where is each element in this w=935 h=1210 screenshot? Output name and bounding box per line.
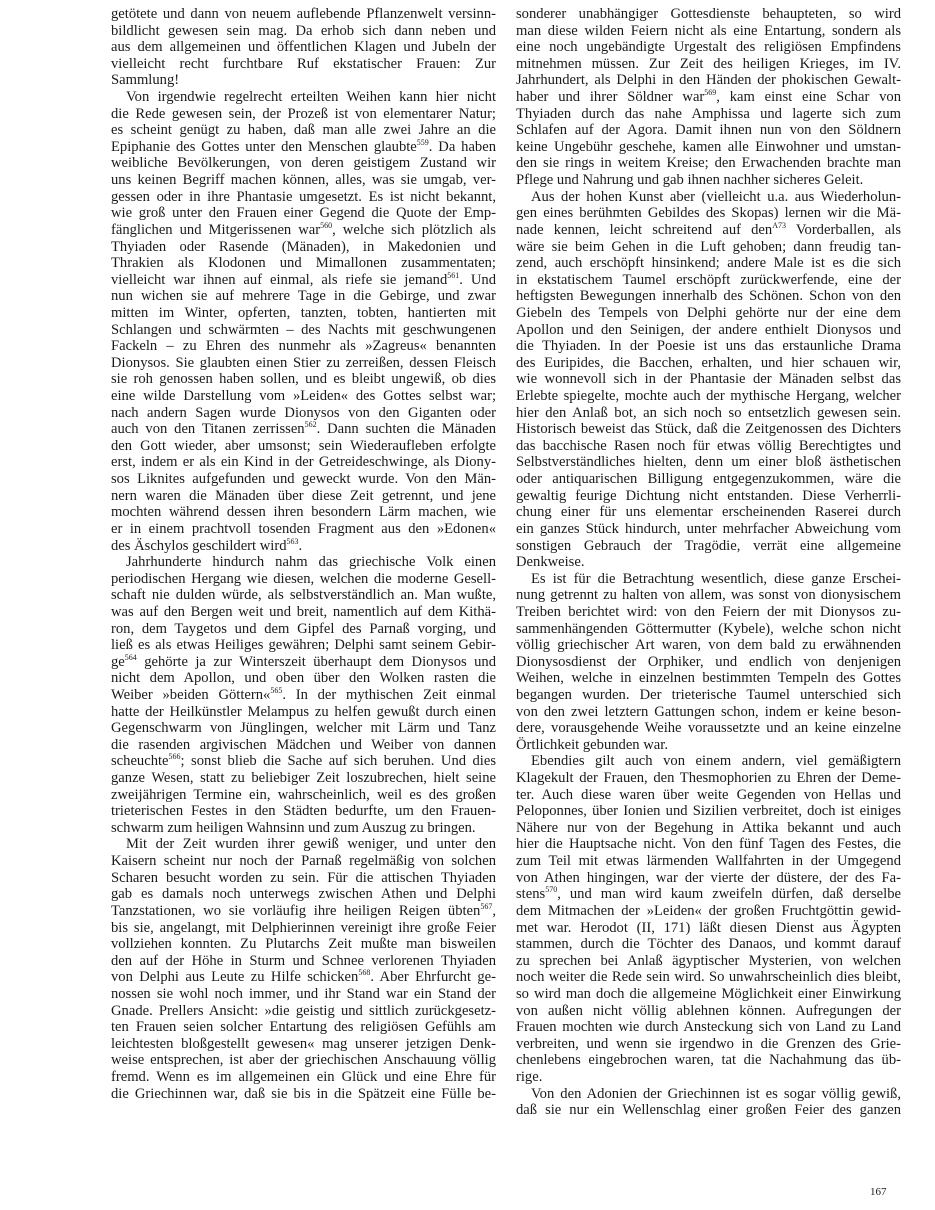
line-text: völlig griechischer Art waren, von dem b… (516, 637, 901, 653)
text-line: Sammlung! (111, 72, 496, 89)
line-text: Fackeln – zu Ehren des nunmehr als »Zagr… (111, 338, 496, 354)
line-text: von Delphi aus Leute zu Hilfe schicken (111, 969, 358, 985)
footnote-marker: A73 (772, 221, 786, 230)
text-line: er in einem prachtvoll tosenden Fragment… (111, 521, 496, 538)
text-line: so wird man doch die allgemeine Möglichk… (516, 986, 901, 1003)
line-text: hatte der Heilkünstler Melampus zu helfe… (111, 704, 496, 720)
text-line: bildlicht gewesen sein mag. Da erhob sic… (111, 23, 496, 40)
line-text: fremd. Wenn es im allgemeinen ein Glück … (111, 1069, 496, 1085)
text-line: heftigsten Bewegungen innerhalb des Schö… (516, 288, 901, 305)
line-text-continued: . Da haben (429, 139, 496, 155)
footnote-marker: 561 (447, 271, 459, 280)
line-text-continued: , und man wird kaum zweifeln dürfen, daß… (557, 886, 901, 902)
text-line: Örtlichkeit gebunden war. (516, 737, 901, 754)
text-line: zweijährigen Termine ein, wahrscheinlich… (111, 787, 496, 804)
text-line: Tanzstationen, wo sie vorläufig ihre hei… (111, 903, 496, 920)
line-text: Von irgendwie regelrecht erteilten Weihe… (126, 89, 496, 105)
line-text: gen eines berühmten Gebildes des Skopas)… (516, 205, 901, 221)
line-text: Nähere nur von der Begehung in Attika be… (516, 820, 901, 836)
text-line: sonstigen Gebrauch der Tragödie, verrät … (516, 538, 901, 555)
line-text: den auf der Höhe in Sturm und Schnee ver… (111, 953, 496, 969)
line-text: Dionysosdienst der Orphiker, und endlich… (516, 654, 901, 670)
line-text-continued: gehörte ja zur Winterszeit überhaupt dem… (137, 654, 496, 670)
text-line: ter. Auch diese waren über weite Gegende… (516, 787, 901, 804)
line-text: von Athen hingingen, war der vierte der … (516, 870, 901, 886)
line-text: vielleicht war ihnen auf einmal, als rie… (111, 272, 447, 288)
text-line: die rasenden argivischen Mädchen und Wei… (111, 737, 496, 754)
text-line: wie groß unter den Frauen einer Gegend d… (111, 205, 496, 222)
text-line: keine Ungebühr geschehe, kamen alle Einw… (516, 139, 901, 156)
text-line: rige. (516, 1069, 901, 1086)
line-text: so wird man doch die allgemeine Möglichk… (516, 986, 901, 1002)
line-text: Örtlichkeit gebunden war. (516, 737, 668, 753)
line-text: Epiphanie des Gottes unter den Menschen … (111, 139, 417, 155)
line-text: Weiber »beiden Göttern« (111, 687, 270, 703)
line-text: Treiben berichtet wird: von den Feiern d… (516, 604, 901, 620)
text-line: haber und ihrer Söldner war569, kam eins… (516, 89, 901, 106)
text-line: chenlebens eingebrochen waren, tat die N… (516, 1052, 901, 1069)
text-line: den Gott wieder, aber umsonst; sein Wied… (111, 438, 496, 455)
line-text: met war. Herodot (II, 171) läßt diesen D… (516, 920, 901, 936)
line-text: Erlebte spiegelte, mochte auch der mythi… (516, 388, 901, 404)
line-text: vielleicht recht furchtbare Ruf ekstatis… (111, 56, 496, 72)
page-number: 167 (870, 1186, 887, 1198)
line-text: ter. Auch diese waren über weite Gegende… (516, 787, 901, 803)
text-line: ron, dem Taygetos und dem Gipfel des Par… (111, 621, 496, 638)
text-line: sie roh genossen haben sollen, und es bl… (111, 371, 496, 388)
line-text: ließ es als etwas Heiliges gewähren; Del… (111, 637, 496, 653)
line-text: oder antiquarischen Billigung entgegenzu… (516, 471, 901, 487)
text-line: nade kennen, leicht schreitend auf denA7… (516, 222, 901, 239)
line-text: bildlicht gewesen sein mag. Da erhob sic… (111, 23, 496, 39)
text-line: Treiben berichtet wird: von den Feiern d… (516, 604, 901, 621)
footnote-marker: 569 (704, 88, 716, 97)
line-text: nach andern Sagen wurde Dionysos von den… (111, 405, 496, 421)
text-line: Peloponnes, über Ionien und Sizilien ver… (516, 803, 901, 820)
line-text: Thyiaden durch das nahe Amphissa und lag… (516, 106, 901, 122)
right-text-column: sonderer unabhängiger Gottesdienste beha… (516, 6, 901, 1119)
text-line: völlig griechischer Art waren, von dem b… (516, 637, 901, 654)
text-line: fänglichen und Mitgerissenen war560, wel… (111, 222, 496, 239)
line-text: Apollon und den Seinigen, der andere ent… (516, 322, 901, 338)
line-text: wie wonnevoll sich in der Phantasie der … (516, 371, 901, 387)
text-line: Denkweise. (516, 554, 901, 571)
text-line: fremd. Wenn es im allgemeinen ein Glück … (111, 1069, 496, 1086)
text-line: Kaisern scheint nur noch der Parnaß rege… (111, 853, 496, 870)
paragraph-start-line: Es ist für die Betrachtung wesentlich, d… (516, 571, 901, 588)
line-text: Jahrhundert, als Delphi in den Händen de… (516, 72, 901, 88)
line-text: sos Liknites aufgefunden und geweckt wur… (111, 471, 496, 487)
paragraph-start-line: Von den Adonien der Griechinnen ist es s… (516, 1086, 901, 1103)
line-text: Jahrhunderte hindurch nahm das griechisc… (126, 554, 496, 570)
text-line: hier den Anlaß bot, an sich noch so ents… (516, 405, 901, 422)
text-line: Jahrhundert, als Delphi in den Händen de… (516, 72, 901, 89)
footnote-marker: 563 (287, 537, 299, 546)
line-text: nung getrennt zu halten von allem, was s… (516, 587, 901, 603)
text-line: eine noch ungebändigte Urgestalt des rel… (516, 39, 901, 56)
line-text: haber und ihrer Söldner war (516, 89, 704, 105)
line-text: scheuchte (111, 753, 169, 769)
line-text: vollziehen konnten. Zu Plutarchs Zeit mu… (111, 936, 496, 952)
line-text: was auf den Bergen weit und breit, namen… (111, 604, 496, 620)
footnote-marker: 568 (358, 968, 370, 977)
line-text: Gnade. Prellers Ansicht: »die geistig un… (111, 1003, 496, 1019)
line-text: Peloponnes, über Ionien und Sizilien ver… (516, 803, 901, 819)
text-line: zum Teil mit etwas lärmenden Wallfahrten… (516, 853, 901, 870)
text-line: weise entsprechen, ist aber der griechis… (111, 1052, 496, 1069)
line-text: sonderer unabhängiger Gottesdienste beha… (516, 6, 901, 22)
text-line: des Euripides, die Bacchen, erhalten, un… (516, 355, 901, 372)
text-line: nung getrennt zu halten von allem, was s… (516, 587, 901, 604)
text-line: nossen sie wohl noch immer, und ihr Stan… (111, 986, 496, 1003)
text-line: weibliche Bevölkerungen, von deren geist… (111, 155, 496, 172)
line-text: uns keinen Begriff machen können, alles,… (111, 172, 496, 188)
text-line: ein ganzes Stück hindurch, unter mehrfac… (516, 521, 901, 538)
footnote-marker: 566 (169, 752, 181, 761)
line-text: es scheint genügt zu haben, daß man alle… (111, 122, 496, 138)
line-text: begangen wurden. Der trieterische Taumel… (516, 687, 901, 703)
text-line: Weihen, welche in einzelnen bestimmten T… (516, 670, 901, 687)
text-line: erst, indem er als ein Kind in der Getre… (111, 454, 496, 471)
text-line: uns keinen Begriff machen können, alles,… (111, 172, 496, 189)
line-text: erst, indem er als ein Kind in der Getre… (111, 454, 496, 470)
line-text: Denkweise. (516, 554, 585, 570)
text-line: die Griechinnen war, daß sie bis in die … (111, 1086, 496, 1103)
paragraph-start-line: Ebendies gilt auch von einem andern, vie… (516, 753, 901, 770)
text-line: sos Liknites aufgefunden und geweckt wur… (111, 471, 496, 488)
line-text-continued: . Aber Ehrfurcht ge- (370, 969, 496, 985)
footnote-marker: 570 (545, 885, 557, 894)
line-text: schwarm zum heiligen Wahnsinn und zum Au… (111, 820, 476, 836)
text-line: verbreiten, und wenn sie irgendwo in die… (516, 1036, 901, 1053)
text-line: des Äschylos geschildert wird563. (111, 538, 496, 555)
text-line: chung einer für uns elementar erscheinen… (516, 504, 901, 521)
text-line: dere, vorausgehende Weihe voraussetzte u… (516, 720, 901, 737)
line-text: den sie rings in weitem Kreise; den Erwa… (516, 155, 901, 171)
text-line: bis sie, angelangt, mit Delphierinnen ve… (111, 920, 496, 937)
text-line: Thyiaden durch das nahe Amphissa und lag… (516, 106, 901, 123)
line-text: Schlafen auf der Agora. Damit ihnen nun … (516, 122, 901, 138)
line-text: Es ist für die Betrachtung wesentlich, d… (531, 571, 901, 587)
line-text: Dionysos. Sie glaubten einen Stier zu ze… (111, 355, 496, 371)
text-line: Thyiaden oder Rasende (Mänaden), in Make… (111, 239, 496, 256)
line-text: chung einer für uns elementar erscheinen… (516, 504, 901, 520)
footnote-marker: 567 (480, 902, 492, 911)
line-text: ganze Wesen, statt zu beliebiger Zeit lo… (111, 770, 496, 786)
text-line: noch weiter die Rede sein wird. So unwah… (516, 969, 901, 986)
line-text: nicht dem Apollon, und oben über den Wol… (111, 670, 496, 686)
text-line: stammen, durch die Töchter des Danaos, u… (516, 936, 901, 953)
text-line: ganze Wesen, statt zu beliebiger Zeit lo… (111, 770, 496, 787)
line-text: aus dem allgemeinen und öffentlichen Kla… (111, 39, 496, 55)
line-text: gessen oder in ihre Phantasie umgesetzt.… (111, 189, 496, 205)
text-line: nun wichen sie auf mehrere Tage in die G… (111, 288, 496, 305)
line-text: Schlangen und schwärmten – des Nachts mi… (111, 322, 496, 338)
text-line: ten Frauen seien solcher Entartung des r… (111, 1019, 496, 1036)
line-text: sie roh genossen haben sollen, und es bl… (111, 371, 496, 387)
text-line: scheuchte566; sonst blieb die Sache auf … (111, 753, 496, 770)
text-line: ließ es als etwas Heiliges gewähren; Del… (111, 637, 496, 654)
text-line: Scharen besucht worden zu sein. Für die … (111, 870, 496, 887)
text-line: eine wilde Darstellung vom »Leiden« des … (111, 388, 496, 405)
text-line: begangen wurden. Der trieterische Taumel… (516, 687, 901, 704)
line-text: Historisch beweist das Stück, daß die Ze… (516, 421, 901, 437)
line-text: das bacchische Rasen noch für etwas völl… (516, 438, 901, 454)
line-text: fänglichen und Mitgerissenen war (111, 222, 320, 238)
text-line: Dionysos. Sie glaubten einen Stier zu ze… (111, 355, 496, 372)
text-line: stens570, und man wird kaum zweifeln dür… (516, 886, 901, 903)
line-text: zu sprechen bei Anlaß ägyptischer Myster… (516, 953, 901, 969)
text-line: Gnade. Prellers Ansicht: »die geistig un… (111, 1003, 496, 1020)
line-text: Mit der Zeit wurden ihrer gewiß weniger,… (126, 836, 496, 852)
line-text: die Rede gewesen sein, der Prozeß ist vo… (111, 106, 496, 122)
line-text: weibliche Bevölkerungen, von deren geist… (111, 155, 496, 171)
text-line: Epiphanie des Gottes unter den Menschen … (111, 139, 496, 156)
text-line: hatte der Heilkünstler Melampus zu helfe… (111, 704, 496, 721)
line-text: Scharen besucht worden zu sein. Für die … (111, 870, 496, 886)
line-text: stammen, durch die Töchter des Danaos, u… (516, 936, 901, 952)
text-line: periodischen Hergang wie diesen, welchen… (111, 571, 496, 588)
text-line: gen eines berühmten Gebildes des Skopas)… (516, 205, 901, 222)
text-line: nach andern Sagen wurde Dionysos von den… (111, 405, 496, 422)
text-line: Thrakien als Klodonen und Mimallonen zus… (111, 255, 496, 272)
line-text: ron, dem Taygetos und dem Gipfel des Par… (111, 621, 496, 637)
line-text: leichtesten bloßgestellt gewesen« mag un… (111, 1036, 496, 1052)
text-line: Apollon und den Seinigen, der andere ent… (516, 322, 901, 339)
line-text: Aus der hohen Kunst aber (vielleicht u.a… (531, 189, 901, 205)
text-line: mitnehmen müssen. Zur Zeit des heiligen … (516, 56, 901, 73)
line-text: Klagekult der Frauen, den Thesmophorien … (516, 770, 901, 786)
text-line: vielleicht recht furchtbare Ruf ekstatis… (111, 56, 496, 73)
text-line: trieterischen Festes in den Städten bedu… (111, 803, 496, 820)
line-text-continued: . Und (459, 272, 496, 288)
line-text: in ekstatischem Taumel erschöpft zurückw… (516, 272, 901, 288)
text-line: gab es damals noch unterwegs zwischen At… (111, 886, 496, 903)
line-text-continued: . In der mythischen Zeit einmal (282, 687, 496, 703)
text-line: nern waren die Mänaden über diese Zeit g… (111, 488, 496, 505)
line-text: Kaisern scheint nur noch der Parnaß rege… (111, 853, 496, 869)
line-text: chenlebens eingebrochen waren, tat die N… (516, 1052, 901, 1068)
line-text: Von den Adonien der Griechinnen ist es s… (531, 1086, 901, 1102)
text-line: dem Mitmachen der »Leiden« der großen Fr… (516, 903, 901, 920)
text-line: Fackeln – zu Ehren des nunmehr als »Zagr… (111, 338, 496, 355)
paragraph-start-line: Aus der hohen Kunst aber (vielleicht u.a… (516, 189, 901, 206)
text-line: von Athen hingingen, war der vierte der … (516, 870, 901, 887)
text-line: in ekstatischem Taumel erschöpft zurückw… (516, 272, 901, 289)
text-line: met war. Herodot (II, 171) läßt diesen D… (516, 920, 901, 937)
text-line: Gegenschwarm von Jünglingen, welcher mit… (111, 720, 496, 737)
text-line: es scheint genügt zu haben, daß man alle… (111, 122, 496, 139)
line-text: die rasenden argivischen Mädchen und Wei… (111, 737, 496, 753)
text-line: Klagekult der Frauen, den Thesmophorien … (516, 770, 901, 787)
text-line: zu sprechen bei Anlaß ägyptischer Myster… (516, 953, 901, 970)
text-line: Historisch beweist das Stück, daß die Ze… (516, 421, 901, 438)
text-line: was auf den Bergen weit und breit, namen… (111, 604, 496, 621)
text-line: von Delphi aus Leute zu Hilfe schicken56… (111, 969, 496, 986)
text-line: von außen nicht völlig ablehnen können. … (516, 1003, 901, 1020)
line-text: nun wichen sie auf mehrere Tage in die G… (111, 288, 496, 304)
text-line: mochten während dessen ihren besondern L… (111, 504, 496, 521)
text-line: Schlafen auf der Agora. Damit ihnen nun … (516, 122, 901, 139)
text-line: zend, auch erschöpft hinsinkend; andere … (516, 255, 901, 272)
footnote-marker: 562 (305, 420, 317, 429)
line-text: ein ganzes Stück hindurch, unter mehrfac… (516, 521, 901, 537)
line-text-continued: Vorderballen, als (786, 222, 901, 238)
line-text: des Äschylos geschildert wird (111, 538, 287, 554)
line-text: eine wilde Darstellung vom »Leiden« des … (111, 388, 496, 404)
line-text: Frauen mochten wie durch Ansteckung sich… (516, 1019, 901, 1035)
line-text: er in einem prachtvoll tosenden Fragment… (111, 521, 496, 537)
text-line: man diese wilden Feiern nicht als eine E… (516, 23, 901, 40)
text-line: Erlebte spiegelte, mochte auch der mythi… (516, 388, 901, 405)
line-text: Giebeln des Tempels von Delphi gehörte n… (516, 305, 901, 321)
line-text: hier die Hauptsache nicht. Von den fünf … (516, 836, 901, 852)
line-text: mochten während dessen ihren besondern L… (111, 504, 496, 520)
line-text: Gegenschwarm von Jünglingen, welcher mit… (111, 720, 496, 736)
line-text: Ebendies gilt auch von einem andern, vie… (531, 753, 901, 769)
text-line: nicht dem Apollon, und oben über den Wol… (111, 670, 496, 687)
line-text: Thyiaden oder Rasende (Mänaden), in Make… (111, 239, 496, 255)
line-text: schaft nie dulden würde, als selbstverst… (111, 587, 496, 603)
text-line: Giebeln des Tempels von Delphi gehörte n… (516, 305, 901, 322)
text-line: die Thyiaden. In der Poesie ist uns das … (516, 338, 901, 355)
text-line: den auf der Höhe in Sturm und Schnee ver… (111, 953, 496, 970)
line-text: nern waren die Mänaden über diese Zeit g… (111, 488, 496, 504)
text-line: wie wonnevoll sich in der Phantasie der … (516, 371, 901, 388)
footnote-marker: 564 (125, 653, 137, 662)
text-line: gessen oder in ihre Phantasie umgesetzt.… (111, 189, 496, 206)
line-text-continued: ; sonst blieb die Sache auf sich beruhen… (181, 753, 496, 769)
line-text: mitten im Winter, opferten, tanzten, tob… (111, 305, 496, 321)
line-text: von den zwei letztern Gattungen schon, i… (516, 704, 901, 720)
text-line: auch von den Titanen zerrissen562. Dann … (111, 421, 496, 438)
footnote-marker: 565 (270, 686, 282, 695)
line-text: hier den Anlaß bot, an sich noch so ents… (516, 405, 901, 421)
text-line: gewaltig feurige Dichtung nicht entstand… (516, 488, 901, 505)
line-text: die Griechinnen war, daß sie bis in die … (111, 1086, 496, 1102)
line-text: weise entsprechen, ist aber der griechis… (111, 1052, 496, 1068)
line-text: eine noch ungebändigte Urgestalt des rel… (516, 39, 901, 55)
line-text-continued: , (492, 903, 496, 919)
line-text: daß sie nur ein Wellenschlag einer große… (516, 1102, 901, 1118)
line-text: Selbstverständliches hielten, denn um ei… (516, 454, 901, 470)
text-line: sammenhängenden Göttermutter (Kybele), w… (516, 621, 901, 638)
line-text: Pflege und Nahrung und gab ihnen nachher… (516, 172, 863, 188)
line-text: noch weiter die Rede sein wird. So unwah… (516, 969, 901, 985)
text-line: sonderer unabhängiger Gottesdienste beha… (516, 6, 901, 23)
line-text: getötete und dann von neuem auflebende P… (111, 6, 496, 22)
line-text: die Thyiaden. In der Poesie ist uns das … (516, 338, 901, 354)
text-line: leichtesten bloßgestellt gewesen« mag un… (111, 1036, 496, 1053)
paragraph-start-line: Von irgendwie regelrecht erteilten Weihe… (111, 89, 496, 106)
line-text: nossen sie wohl noch immer, und ihr Stan… (111, 986, 496, 1002)
line-text: ge (111, 654, 125, 670)
line-text: rige. (516, 1069, 542, 1085)
text-line: Dionysosdienst der Orphiker, und endlich… (516, 654, 901, 671)
text-line: getötete und dann von neuem auflebende P… (111, 6, 496, 23)
paragraph-start-line: Mit der Zeit wurden ihrer gewiß weniger,… (111, 836, 496, 853)
line-text: Tanzstationen, wo sie vorläufig ihre hei… (111, 903, 480, 919)
text-line: Selbstverständliches hielten, denn um ei… (516, 454, 901, 471)
line-text: wie groß unter den Frauen einer Gegend d… (111, 205, 496, 221)
line-text: zweijährigen Termine ein, wahrscheinlich… (111, 787, 496, 803)
text-line: Nähere nur von der Begehung in Attika be… (516, 820, 901, 837)
line-text: sonstigen Gebrauch der Tragödie, verrät … (516, 538, 901, 554)
line-text: ten Frauen seien solcher Entartung des r… (111, 1019, 496, 1035)
text-line: mitten im Winter, opferten, tanzten, tob… (111, 305, 496, 322)
text-line: hier die Hauptsache nicht. Von den fünf … (516, 836, 901, 853)
text-line: schwarm zum heiligen Wahnsinn und zum Au… (111, 820, 496, 837)
text-line: den sie rings in weitem Kreise; den Erwa… (516, 155, 901, 172)
left-text-column: getötete und dann von neuem auflebende P… (111, 6, 496, 1102)
footnote-marker: 560 (320, 221, 332, 230)
line-text: zend, auch erschöpft hinsinkend; andere … (516, 255, 901, 271)
line-text: stens (516, 886, 545, 902)
line-text: keine Ungebühr geschehe, kamen alle Einw… (516, 139, 901, 155)
line-text-continued: , welche sich plötzlich als (332, 222, 496, 238)
line-text: Weihen, welche in einzelnen bestimmten T… (516, 670, 901, 686)
line-text: trieterischen Festes in den Städten bedu… (111, 803, 496, 819)
text-line: Schlangen und schwärmten – des Nachts mi… (111, 322, 496, 339)
text-line: von den zwei letztern Gattungen schon, i… (516, 704, 901, 721)
text-line: das bacchische Rasen noch für etwas völl… (516, 438, 901, 455)
line-text: man diese wilden Feiern nicht als eine E… (516, 23, 901, 39)
line-text: Thrakien als Klodonen und Mimallonen zus… (111, 255, 496, 271)
line-text-continued: , kam einst eine Schar von (716, 89, 901, 105)
line-text: zum Teil mit etwas lärmenden Wallfahrten… (516, 853, 901, 869)
text-line: Frauen mochten wie durch Ansteckung sich… (516, 1019, 901, 1036)
line-text-continued: . Dann suchten die Mänaden (317, 421, 496, 437)
text-line: aus dem allgemeinen und öffentlichen Kla… (111, 39, 496, 56)
line-text: wäre sie beim Gehen in die Luft gehoben;… (516, 239, 901, 255)
line-text: dere, vorausgehende Weihe voraussetzte u… (516, 720, 901, 736)
text-line: die Rede gewesen sein, der Prozeß ist vo… (111, 106, 496, 123)
line-text: des Euripides, die Bacchen, erhalten, un… (516, 355, 901, 371)
text-line: oder antiquarischen Billigung entgegenzu… (516, 471, 901, 488)
text-line: wäre sie beim Gehen in die Luft gehoben;… (516, 239, 901, 256)
line-text: bis sie, angelangt, mit Delphierinnen ve… (111, 920, 496, 936)
line-text: verbreiten, und wenn sie irgendwo in die… (516, 1036, 901, 1052)
line-text: den Gott wieder, aber umsonst; sein Wied… (111, 438, 496, 454)
text-line: Pflege und Nahrung und gab ihnen nachher… (516, 172, 901, 189)
text-line: Weiber »beiden Göttern«565. In der mythi… (111, 687, 496, 704)
text-line: daß sie nur ein Wellenschlag einer große… (516, 1102, 901, 1119)
text-line: vielleicht war ihnen auf einmal, als rie… (111, 272, 496, 289)
line-text: sammenhängenden Göttermutter (Kybele), w… (516, 621, 901, 637)
line-text: auch von den Titanen zerrissen (111, 421, 305, 437)
line-text: Sammlung! (111, 72, 179, 88)
line-text: periodischen Hergang wie diesen, welchen… (111, 571, 496, 587)
line-text: mitnehmen müssen. Zur Zeit des heiligen … (516, 56, 901, 72)
line-text: dem Mitmachen der »Leiden« der großen Fr… (516, 903, 901, 919)
line-text-continued: . (299, 538, 303, 554)
footnote-marker: 559 (417, 138, 429, 147)
text-line: vollziehen konnten. Zu Plutarchs Zeit mu… (111, 936, 496, 953)
text-line: schaft nie dulden würde, als selbstverst… (111, 587, 496, 604)
paragraph-start-line: Jahrhunderte hindurch nahm das griechisc… (111, 554, 496, 571)
line-text: von außen nicht völlig ablehnen können. … (516, 1003, 901, 1019)
text-line: ge564 gehörte ja zur Winterszeit überhau… (111, 654, 496, 671)
line-text: gewaltig feurige Dichtung nicht entstand… (516, 488, 901, 504)
line-text: heftigsten Bewegungen innerhalb des Schö… (516, 288, 901, 304)
line-text: gab es damals noch unterwegs zwischen At… (111, 886, 496, 902)
line-text: nade kennen, leicht schreitend auf den (516, 222, 772, 238)
